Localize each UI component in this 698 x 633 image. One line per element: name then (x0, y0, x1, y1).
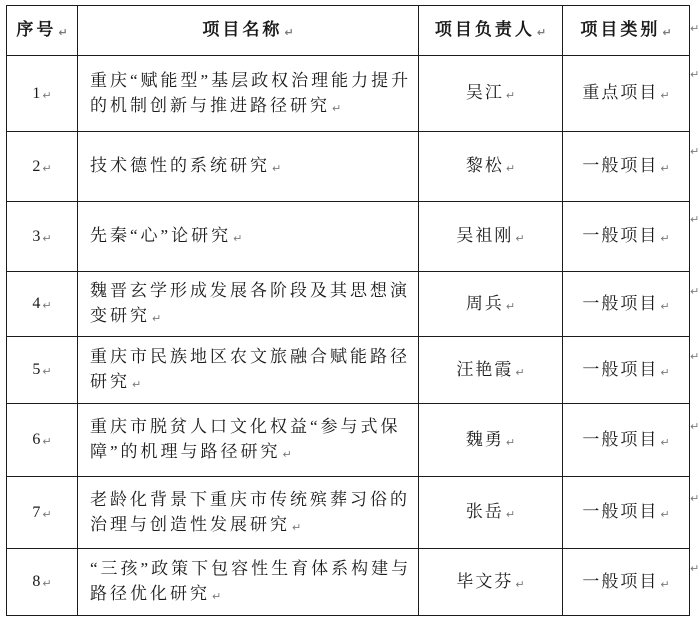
leader-cell: 张岳↵ (419, 477, 563, 549)
row-end-mark-icon: ↵ (690, 492, 698, 505)
category-label: 一般项目 (582, 360, 658, 379)
serial-value: 6 (32, 431, 40, 448)
paragraph-mark-icon: ↵ (660, 502, 669, 527)
row-end-mark-icon: ↵ (690, 350, 698, 363)
table-header-row: 序号↵ 项目名称↵ 项目负责人↵ 项目类别↵ (7, 6, 690, 56)
paragraph-mark-icon: ↵ (284, 20, 293, 45)
leader-name: 汪艳霞 (456, 360, 513, 379)
project-name-text: 重庆市脱贫人口文化权益“参与式保障”的机理与路径研究 (90, 417, 401, 461)
paragraph-mark-icon: ↵ (42, 502, 51, 527)
paragraph-mark-icon: ↵ (506, 502, 515, 527)
category-cell: 一般项目↵ (563, 549, 690, 616)
serial-cell: 7↵ (7, 477, 78, 549)
paragraph-mark-icon: ↵ (660, 156, 669, 181)
paragraph-mark-icon: ↵ (332, 96, 341, 121)
paragraph-mark-icon: ↵ (506, 430, 515, 455)
leader-name: 毕文芬 (456, 572, 513, 591)
paragraph-mark-icon: ↵ (515, 572, 524, 597)
row-end-mark-icon: ↵ (690, 420, 698, 433)
paragraph-mark-icon: ↵ (132, 372, 141, 397)
project-name-text: 先秦“心”论研究 (90, 226, 231, 245)
serial-cell: 8↵ (7, 549, 78, 616)
paragraph-mark-icon: ↵ (42, 293, 51, 318)
header-leader: 项目负责人↵ (419, 6, 563, 56)
leader-cell: 吴祖刚↵ (419, 202, 563, 272)
category-label: 一般项目 (582, 430, 658, 449)
category-cell: 一般项目↵ (563, 477, 690, 549)
header-leader-label: 项目负责人 (435, 20, 535, 39)
paragraph-mark-icon: ↵ (152, 306, 161, 331)
paragraph-mark-icon: ↵ (42, 156, 51, 181)
serial-value: 4 (32, 295, 40, 312)
project-name-cell: 技术德性的系统研究↵ (78, 132, 419, 202)
leader-name: 周兵 (466, 294, 504, 313)
paragraph-mark-icon: ↵ (506, 156, 515, 181)
header-project-name: 项目名称↵ (78, 6, 419, 56)
row-end-mark-icon: ↵ (690, 22, 698, 35)
paragraph-mark-icon: ↵ (283, 442, 292, 467)
project-name-text: “三孩”政策下包容性生育体系构建与路径优化研究 (90, 559, 411, 603)
leader-cell: 吴江↵ (419, 56, 563, 132)
serial-value: 3 (32, 228, 40, 245)
project-name-text: 魏晋玄学形成发展各阶段及其思想演变研究 (90, 281, 410, 325)
paragraph-mark-icon: ↵ (42, 429, 51, 454)
table-row: 7↵ 老龄化背景下重庆市传统殡葬习俗的治理与创造性发展研究↵ 张岳↵ 一般项目↵ (7, 477, 690, 549)
category-label: 一般项目 (582, 226, 658, 245)
leader-name: 魏勇 (466, 430, 504, 449)
paragraph-mark-icon: ↵ (660, 360, 669, 385)
serial-cell: 4↵ (7, 272, 78, 337)
header-category: 项目类别↵ (563, 6, 690, 56)
paragraph-mark-icon: ↵ (537, 20, 546, 45)
category-cell: 一般项目↵ (563, 132, 690, 202)
category-label: 重点项目 (582, 83, 658, 102)
project-name-text: 重庆“赋能型”基层政权治理能力提升的机制创新与推进路径研究 (90, 71, 411, 115)
document-page: 序号↵ 项目名称↵ 项目负责人↵ 项目类别↵ 1↵ 重庆“赋能型”基层政权治理能… (0, 0, 698, 633)
project-name-cell: 重庆市脱贫人口文化权益“参与式保障”的机理与路径研究↵ (78, 404, 419, 477)
projects-table: 序号↵ 项目名称↵ 项目负责人↵ 项目类别↵ 1↵ 重庆“赋能型”基层政权治理能… (6, 5, 690, 616)
paragraph-mark-icon: ↵ (506, 294, 515, 319)
category-cell: 一般项目↵ (563, 202, 690, 272)
header-serial-label: 序号 (16, 20, 56, 39)
header-category-label: 项目类别 (580, 20, 660, 39)
serial-cell: 3↵ (7, 202, 78, 272)
leader-cell: 黎松↵ (419, 132, 563, 202)
row-end-mark-icon: ↵ (690, 562, 698, 575)
paragraph-mark-icon: ↵ (660, 83, 669, 108)
project-name-cell: 先秦“心”论研究↵ (78, 202, 419, 272)
table-row: 3↵ 先秦“心”论研究↵ 吴祖刚↵ 一般项目↵ (7, 202, 690, 272)
paragraph-mark-icon: ↵ (660, 294, 669, 319)
paragraph-mark-icon: ↵ (662, 20, 671, 45)
serial-cell: 1↵ (7, 56, 78, 132)
serial-value: 8 (32, 573, 40, 590)
table-row: 2↵ 技术德性的系统研究↵ 黎松↵ 一般项目↵ (7, 132, 690, 202)
serial-cell: 2↵ (7, 132, 78, 202)
header-project-name-label: 项目名称 (202, 20, 282, 39)
leader-name: 吴祖刚 (456, 226, 513, 245)
row-end-mark-icon: ↵ (690, 145, 698, 158)
leader-name: 张岳 (466, 502, 504, 521)
project-name-cell: “三孩”政策下包容性生育体系构建与路径优化研究↵ (78, 549, 419, 616)
table-row: 4↵ 魏晋玄学形成发展各阶段及其思想演变研究↵ 周兵↵ 一般项目↵ (7, 272, 690, 337)
serial-value: 5 (32, 361, 40, 378)
category-label: 一般项目 (582, 156, 658, 175)
leader-name: 黎松 (466, 156, 504, 175)
paragraph-mark-icon: ↵ (660, 572, 669, 597)
paragraph-mark-icon: ↵ (506, 83, 515, 108)
table-row: 5↵ 重庆市民族地区农文旅融合赋能路径研究↵ 汪艳霞↵ 一般项目↵ (7, 337, 690, 404)
paragraph-mark-icon: ↵ (42, 83, 51, 108)
category-label: 一般项目 (582, 502, 658, 521)
paragraph-mark-icon: ↵ (292, 515, 301, 540)
serial-cell: 5↵ (7, 337, 78, 404)
serial-value: 2 (32, 158, 40, 175)
leader-cell: 汪艳霞↵ (419, 337, 563, 404)
project-name-text: 老龄化背景下重庆市传统殡葬习俗的治理与创造性发展研究 (90, 490, 410, 534)
category-label: 一般项目 (582, 294, 658, 313)
category-cell: 重点项目↵ (563, 56, 690, 132)
row-end-mark-icon: ↵ (690, 285, 698, 298)
category-cell: 一般项目↵ (563, 272, 690, 337)
project-name-cell: 魏晋玄学形成发展各阶段及其思想演变研究↵ (78, 272, 419, 337)
paragraph-mark-icon: ↵ (42, 226, 51, 251)
paragraph-mark-icon: ↵ (515, 360, 524, 385)
serial-cell: 6↵ (7, 404, 78, 477)
category-cell: 一般项目↵ (563, 404, 690, 477)
project-name-cell: 老龄化背景下重庆市传统殡葬习俗的治理与创造性发展研究↵ (78, 477, 419, 549)
table-row: 1↵ 重庆“赋能型”基层政权治理能力提升的机制创新与推进路径研究↵ 吴江↵ 重点… (7, 56, 690, 132)
paragraph-mark-icon: ↵ (660, 226, 669, 251)
paragraph-mark-icon: ↵ (272, 156, 281, 181)
category-cell: 一般项目↵ (563, 337, 690, 404)
paragraph-mark-icon: ↵ (42, 571, 51, 596)
paragraph-mark-icon: ↵ (660, 430, 669, 455)
row-end-mark-icon: ↵ (690, 213, 698, 226)
leader-cell: 魏勇↵ (419, 404, 563, 477)
paragraph-mark-icon: ↵ (212, 584, 221, 609)
table-row: 6↵ 重庆市脱贫人口文化权益“参与式保障”的机理与路径研究↵ 魏勇↵ 一般项目↵ (7, 404, 690, 477)
row-end-mark-icon: ↵ (690, 68, 698, 81)
leader-name: 吴江 (466, 83, 504, 102)
paragraph-mark-icon: ↵ (515, 226, 524, 251)
project-name-cell: 重庆市民族地区农文旅融合赋能路径研究↵ (78, 337, 419, 404)
paragraph-mark-icon: ↵ (42, 359, 51, 384)
leader-cell: 周兵↵ (419, 272, 563, 337)
paragraph-mark-icon: ↵ (233, 226, 242, 251)
project-name-text: 技术德性的系统研究 (90, 156, 270, 175)
table-row: 8↵ “三孩”政策下包容性生育体系构建与路径优化研究↵ 毕文芬↵ 一般项目↵ (7, 549, 690, 616)
category-label: 一般项目 (582, 572, 658, 591)
paragraph-mark-icon: ↵ (58, 20, 67, 45)
serial-value: 7 (32, 504, 40, 521)
project-name-cell: 重庆“赋能型”基层政权治理能力提升的机制创新与推进路径研究↵ (78, 56, 419, 132)
leader-cell: 毕文芬↵ (419, 549, 563, 616)
serial-value: 1 (32, 85, 40, 102)
header-serial: 序号↵ (7, 6, 78, 56)
